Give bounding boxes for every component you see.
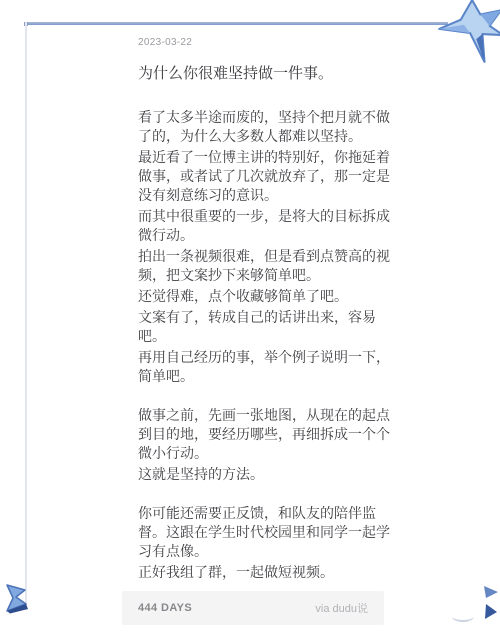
paragraph: 还觉得难，点个收藏够简单了吧。 bbox=[138, 287, 391, 306]
days-counter: 444 DAYS bbox=[138, 602, 192, 614]
footer-bar: 444 DAYS via dudu说 bbox=[122, 591, 384, 625]
paragraph: 拍出一条视频很难，但是看到点赞高的视频，把文案抄下来够简单吧。 bbox=[138, 247, 391, 285]
paragraph: 最近看了一位博主讲的特别好，你拖延着做事，或者试了几次就放弃了，那一定是没有刻意… bbox=[138, 148, 391, 205]
paragraph: 这就是坚持的方法。 bbox=[138, 465, 391, 484]
post-body: 看了太多半途而废的，坚持个把月就不做了的，为什么大多数人都难以坚持。 最近看了一… bbox=[138, 108, 391, 582]
via-attribution: via dudu说 bbox=[315, 600, 368, 616]
paragraph: 而其中很重要的一步，是将大的目标拆成微行动。 bbox=[138, 207, 391, 245]
paragraph: 再用自己经历的事，举个例子说明一下，简单吧。 bbox=[138, 348, 391, 386]
card-left-border bbox=[25, 22, 27, 610]
card-top-border bbox=[24, 22, 448, 25]
paragraph: 做事之前，先画一张地图，从现在的起点到目的地，要经历哪些，再细拆成一个个微小行动… bbox=[138, 406, 391, 463]
note-content: 2023-03-22 为什么你很难坚持做一件事。 看了太多半途而废的，坚持个把月… bbox=[138, 37, 391, 584]
post-title: 为什么你很难坚持做一件事。 bbox=[138, 64, 391, 84]
note-page: 2023-03-22 为什么你很难坚持做一件事。 看了太多半途而废的，坚持个把月… bbox=[0, 0, 500, 632]
arrow-icons bbox=[482, 586, 500, 622]
star-icon bbox=[432, 0, 500, 66]
paragraph: 你可能还需要正反馈，和队友的陪伴监督。这跟在学生时代校园里和同学一起学习有点像。 bbox=[138, 504, 391, 561]
chevron-icon bbox=[4, 582, 30, 614]
post-date: 2023-03-22 bbox=[138, 37, 391, 49]
paragraph: 正好我组了群，一起做短视频。 bbox=[138, 563, 391, 582]
paragraph: 看了太多半途而废的，坚持个把月就不做了的，为什么大多数人都难以坚持。 bbox=[138, 108, 391, 146]
paragraph: 文案有了，转成自己的话讲出来，容易吧。 bbox=[138, 308, 391, 346]
curve-mark bbox=[452, 611, 474, 622]
